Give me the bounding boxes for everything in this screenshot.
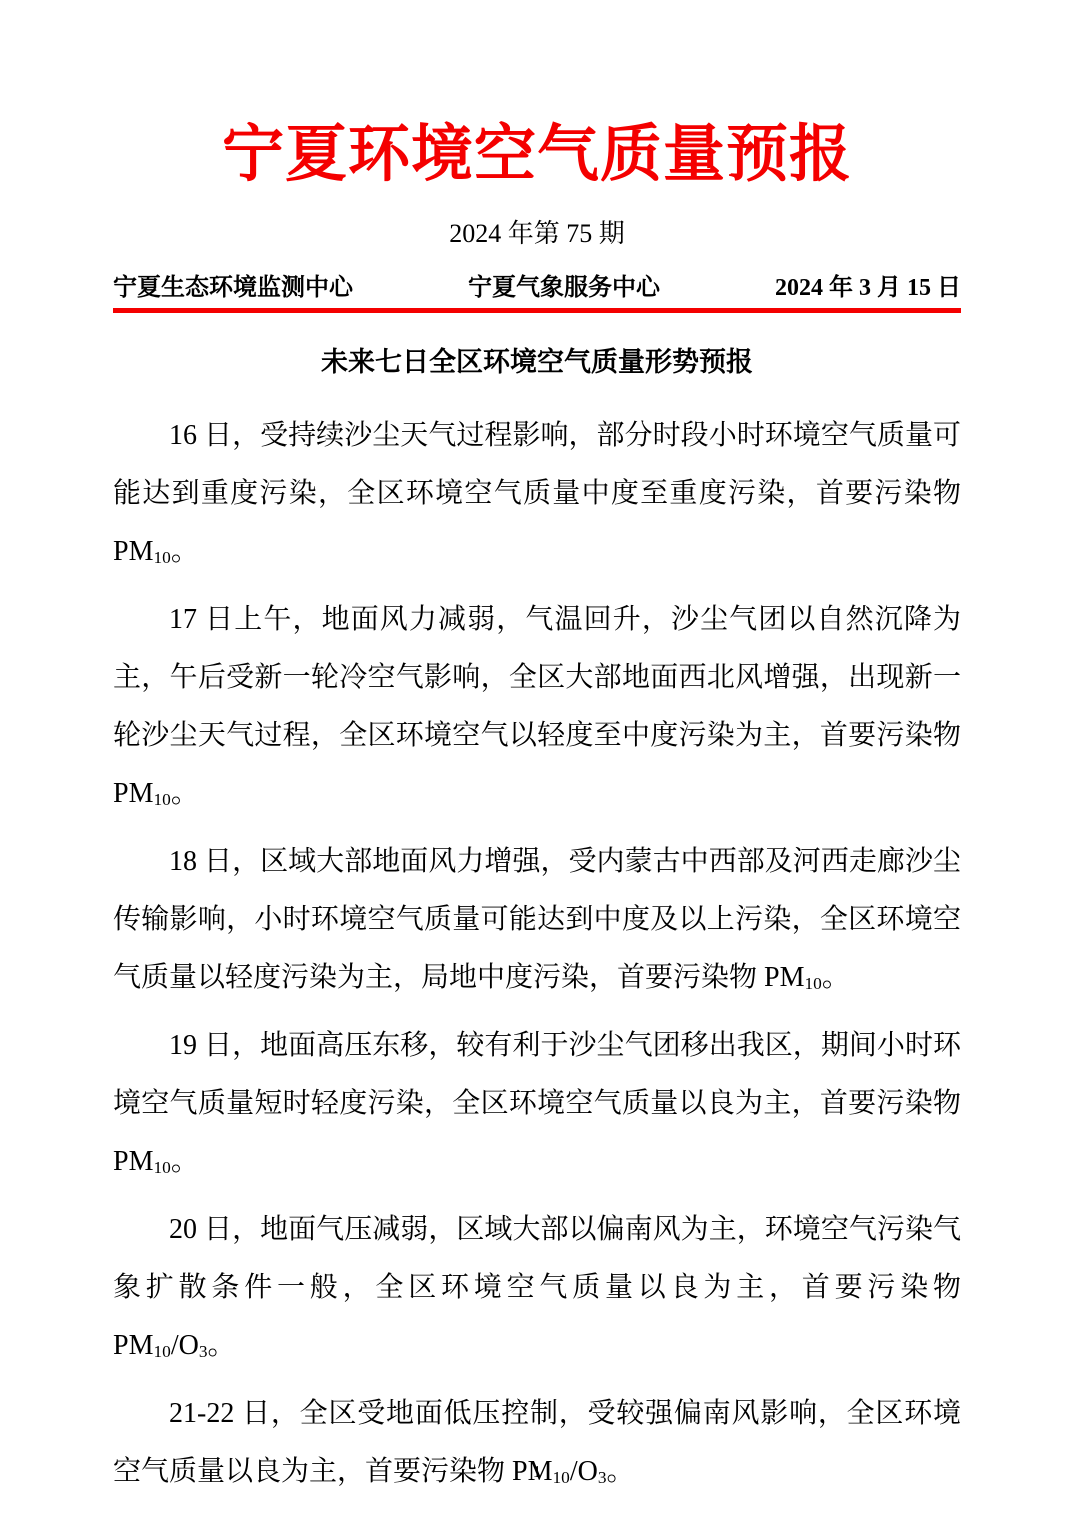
body-paragraph: 17 日上午，地面风力减弱，气温回升，沙尘气团以自然沉降为主，午后受新一轮冷空气…	[113, 591, 961, 823]
page-number: 1	[0, 1463, 1074, 1480]
org-monitoring-center: 宁夏生态环境监测中心	[113, 273, 353, 303]
subscript-text: 3	[199, 1342, 208, 1361]
paragraph-text: 19 日，地面高压东移，较有利于沙尘气团移出我区，期间小时环境空气质量短时轻度污…	[113, 1030, 961, 1177]
document-title: 宁夏环境空气质量预报	[113, 118, 961, 192]
section-title: 未来七日全区环境空气质量形势预报	[113, 345, 961, 379]
paragraph-text: /O	[171, 1330, 199, 1361]
paragraph-text: 16 日，受持续沙尘天气过程影响，部分时段小时环境空气质量可能达到重度污染，全区…	[113, 420, 961, 567]
subscript-text: 10	[804, 974, 821, 993]
subscript-text: 10	[153, 790, 170, 809]
document-content: 宁夏环境空气质量预报 2024 年第 75 期 宁夏生态环境监测中心 宁夏气象服…	[113, 118, 961, 1501]
body-paragraph: 19 日，地面高压东移，较有利于沙尘气团移出我区，期间小时环境空气质量短时轻度污…	[113, 1017, 961, 1191]
document-page: 宁夏环境空气质量预报 2024 年第 75 期 宁夏生态环境监测中心 宁夏气象服…	[0, 0, 1074, 1520]
paragraph-text: 。	[171, 536, 199, 567]
body-paragraph: 18 日，区域大部地面风力增强，受内蒙古中西部及河西走廊沙尘传输影响，小时环境空…	[113, 833, 961, 1007]
paragraph-text: 。	[171, 778, 199, 809]
body-paragraph: 21-22 日，全区受地面低压控制，受较强偏南风影响，全区环境空气质量以良为主，…	[113, 1385, 961, 1501]
paragraph-text: 。	[171, 1146, 199, 1177]
paragraph-text: 17 日上午，地面风力减弱，气温回升，沙尘气团以自然沉降为主，午后受新一轮冷空气…	[113, 604, 961, 809]
body-paragraph: 20 日，地面气压减弱，区域大部以偏南风为主，环境空气污染气象扩散条件一般，全区…	[113, 1201, 961, 1375]
issue-number: 2024 年第 75 期	[113, 218, 961, 251]
forecast-body: 16 日，受持续沙尘天气过程影响，部分时段小时环境空气质量可能达到重度污染，全区…	[113, 407, 961, 1501]
issue-date: 2024 年 3 月 15 日	[775, 273, 961, 303]
red-divider-line	[113, 308, 961, 313]
org-weather-center: 宁夏气象服务中心	[468, 273, 660, 303]
paragraph-text: 。	[822, 962, 850, 993]
paragraph-text: 20 日，地面气压减弱，区域大部以偏南风为主，环境空气污染气象扩散条件一般，全区…	[113, 1214, 961, 1361]
paragraph-text: 。	[208, 1330, 236, 1361]
masthead: 宁夏生态环境监测中心 宁夏气象服务中心 2024 年 3 月 15 日	[113, 273, 961, 303]
subscript-text: 10	[153, 1342, 170, 1361]
subscript-text: 10	[153, 548, 170, 567]
subscript-text: 10	[153, 1158, 170, 1177]
body-paragraph: 16 日，受持续沙尘天气过程影响，部分时段小时环境空气质量可能达到重度污染，全区…	[113, 407, 961, 581]
